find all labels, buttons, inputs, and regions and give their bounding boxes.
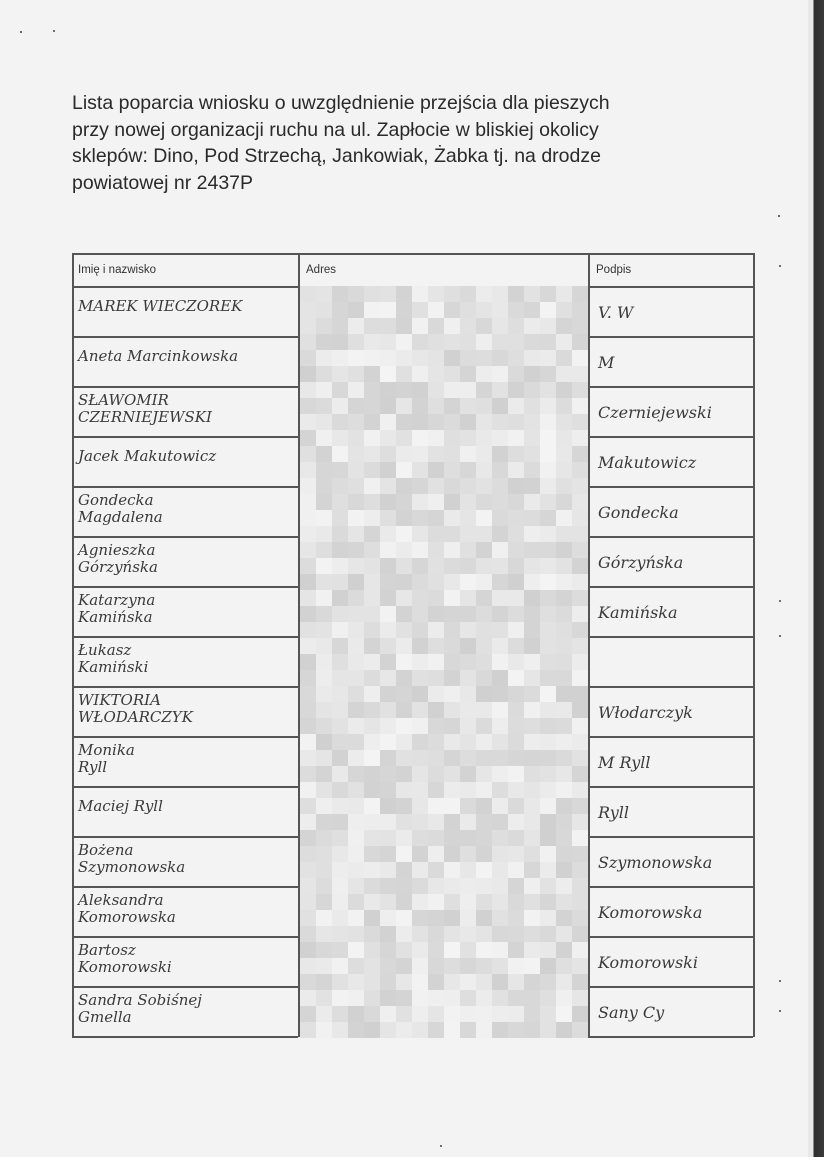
redaction-block [412,542,428,558]
redaction-block [380,526,396,542]
redaction-block [428,766,444,782]
header-name: Imię i nazwisko [78,264,156,276]
redaction-block [428,990,444,1006]
redaction-block [428,942,444,958]
redaction-block [396,606,412,622]
redaction-block [492,1022,508,1038]
scanned-page: Lista poparcia wniosku o uwzględnienie p… [0,0,808,1157]
redaction-block [524,750,540,766]
redaction-block [540,702,556,718]
redaction-block [380,974,396,990]
redaction-block [396,942,412,958]
redaction-block [364,302,380,318]
redaction-block [492,430,508,446]
redaction-block [428,494,444,510]
redaction-block [300,718,316,734]
redaction-block [332,670,348,686]
redaction-block [332,606,348,622]
redaction-block [396,718,412,734]
redaction-block [556,574,572,590]
redaction-block [524,926,540,942]
redaction-block [348,462,364,478]
redaction-block [364,446,380,462]
redaction-block [508,558,524,574]
redaction-block [332,910,348,926]
redaction-block [572,446,588,462]
redaction-block [348,830,364,846]
redaction-block [380,302,396,318]
redaction-block [364,1006,380,1022]
redaction-block [428,798,444,814]
redaction-block [380,846,396,862]
redaction-block [412,366,428,382]
redaction-block [460,910,476,926]
redaction-block [364,494,380,510]
redaction-block [460,926,476,942]
redaction-block [476,478,492,494]
redaction-block [444,990,460,1006]
redaction-block [428,670,444,686]
redaction-block [428,302,444,318]
redaction-block [348,590,364,606]
redaction-block [508,286,524,302]
redaction-block [316,654,332,670]
redaction-block [524,846,540,862]
redaction-block [316,462,332,478]
redaction-block [396,766,412,782]
redaction-block [492,894,508,910]
redaction-block [428,590,444,606]
redaction-block [364,462,380,478]
redaction-block [540,750,556,766]
redaction-block [316,558,332,574]
redaction-block [572,990,588,1006]
redaction-block [444,430,460,446]
redaction-block [540,574,556,590]
redaction-block [492,734,508,750]
row-divider [588,786,753,788]
redaction-block [332,542,348,558]
redaction-block [348,542,364,558]
redaction-block [396,670,412,686]
redaction-block [460,846,476,862]
redaction-block [380,654,396,670]
redaction-block [508,382,524,398]
redaction-block [444,286,460,302]
redaction-block [460,878,476,894]
redaction-block [396,382,412,398]
redaction-block [556,638,572,654]
redaction-block [300,430,316,446]
row-name: Łukasz Kamiński [78,642,294,676]
redaction-block [476,894,492,910]
redaction-block [444,382,460,398]
redaction-block [300,606,316,622]
redaction-block [316,750,332,766]
redaction-block [540,766,556,782]
redaction-block [540,542,556,558]
redaction-block [524,366,540,382]
redaction-block [540,910,556,926]
redaction-block [444,398,460,414]
redacted-address-column [300,286,588,1051]
redaction-block [460,1022,476,1038]
redaction-block [396,734,412,750]
redaction-block [380,542,396,558]
redaction-block [428,686,444,702]
redaction-block [476,366,492,382]
redaction-block [476,414,492,430]
redaction-block [364,878,380,894]
redaction-block [476,574,492,590]
redaction-block [540,958,556,974]
row-name: Katarzyna Kamińska [78,592,294,626]
redaction-block [300,350,316,366]
redaction-block [412,942,428,958]
redaction-block [572,494,588,510]
row-name: Agnieszka Górzyńska [78,542,294,576]
redaction-block [332,1006,348,1022]
redaction-block [460,654,476,670]
redaction-block [508,622,524,638]
redaction-block [412,654,428,670]
redaction-block [492,1006,508,1022]
redaction-block [524,910,540,926]
redaction-block [540,286,556,302]
redaction-block [492,750,508,766]
row-signature: Czerniejewski [598,404,749,422]
redaction-block [540,670,556,686]
redaction-block [348,302,364,318]
redaction-block [572,798,588,814]
redaction-block [300,638,316,654]
redaction-block [476,942,492,958]
document-title: Lista poparcia wniosku o uwzględnienie p… [72,90,762,196]
redaction-block [524,382,540,398]
redaction-block [332,718,348,734]
redaction-block [380,558,396,574]
redaction-block [332,926,348,942]
redaction-block [572,814,588,830]
scanner-edge [808,0,824,1157]
redaction-block [556,878,572,894]
redaction-block [300,414,316,430]
redaction-block [332,734,348,750]
redaction-block [316,846,332,862]
redaction-block [508,670,524,686]
redaction-block [476,846,492,862]
redaction-block [348,510,364,526]
redaction-block [364,654,380,670]
redaction-block [556,702,572,718]
redaction-block [364,670,380,686]
redaction-block [364,974,380,990]
redaction-block [556,926,572,942]
redaction-block [444,686,460,702]
redaction-block [428,510,444,526]
row-divider [72,636,298,638]
redaction-block [348,1022,364,1038]
redaction-block [540,510,556,526]
redaction-block [476,862,492,878]
redaction-block [348,942,364,958]
redaction-block [572,958,588,974]
redaction-block [476,702,492,718]
redaction-block [444,558,460,574]
redaction-block [540,734,556,750]
redaction-block [348,574,364,590]
row-divider [72,436,298,438]
redaction-block [444,894,460,910]
redaction-block [316,990,332,1006]
redaction-block [524,686,540,702]
redaction-block [316,766,332,782]
row-signature: Sany Cy [598,1004,749,1022]
row-signature: M Ryll [598,754,749,772]
redaction-block [444,318,460,334]
redaction-block [492,846,508,862]
redaction-block [412,974,428,990]
redaction-block [444,926,460,942]
redaction-block [444,590,460,606]
redaction-block [364,606,380,622]
redaction-block [316,542,332,558]
redaction-block [332,446,348,462]
redaction-block [300,302,316,318]
redaction-block [396,366,412,382]
redaction-block [364,750,380,766]
row-signature: Makutowicz [598,454,749,472]
redaction-block [492,478,508,494]
redaction-block [316,318,332,334]
redaction-block [508,430,524,446]
redaction-block [476,334,492,350]
redaction-block [524,574,540,590]
redaction-block [524,414,540,430]
redaction-block [380,638,396,654]
redaction-block [572,654,588,670]
redaction-block [508,414,524,430]
redaction-block [380,926,396,942]
redaction-block [380,494,396,510]
redaction-block [412,526,428,542]
redaction-block [396,638,412,654]
redaction-block [380,414,396,430]
redaction-block [412,958,428,974]
redaction-block [540,974,556,990]
redaction-block [412,894,428,910]
redaction-block [460,702,476,718]
redaction-block [460,302,476,318]
redaction-block [300,846,316,862]
redaction-block [412,830,428,846]
redaction-block [396,622,412,638]
redaction-block [460,414,476,430]
redaction-block [332,382,348,398]
redaction-block [572,334,588,350]
redaction-block [332,286,348,302]
redaction-block [348,686,364,702]
row-divider [588,536,753,538]
redaction-block [476,350,492,366]
redaction-block [332,958,348,974]
redaction-block [380,510,396,526]
redaction-block [396,558,412,574]
redaction-block [524,286,540,302]
redaction-block [428,1022,444,1038]
redaction-block [364,1022,380,1038]
redaction-block [524,526,540,542]
redaction-block [380,286,396,302]
redaction-block [524,398,540,414]
redaction-block [460,942,476,958]
redaction-block [428,574,444,590]
redaction-block [332,334,348,350]
redaction-block [556,862,572,878]
redaction-block [364,382,380,398]
redaction-block [348,990,364,1006]
column-divider [588,253,590,1037]
redaction-block [412,718,428,734]
redaction-block [572,398,588,414]
redaction-block [316,478,332,494]
redaction-block [316,926,332,942]
redaction-block [492,398,508,414]
redaction-block [556,398,572,414]
redaction-block [540,478,556,494]
redaction-block [364,926,380,942]
redaction-block [556,734,572,750]
redaction-block [380,702,396,718]
redaction-block [460,814,476,830]
redaction-block [380,782,396,798]
redaction-block [332,510,348,526]
redaction-block [300,974,316,990]
redaction-block [508,590,524,606]
redaction-block [412,638,428,654]
scan-speck [779,980,781,982]
redaction-block [396,830,412,846]
redaction-block [508,686,524,702]
row-signature: Szymonowska [598,854,749,872]
redaction-block [460,606,476,622]
row-signature: Kamińska [598,604,749,622]
redaction-block [332,702,348,718]
redaction-block [444,766,460,782]
redaction-block [316,830,332,846]
redaction-block [508,862,524,878]
redaction-block [412,926,428,942]
redaction-block [476,1006,492,1022]
redaction-block [492,382,508,398]
redaction-block [396,878,412,894]
redaction-block [300,494,316,510]
redaction-block [380,910,396,926]
row-divider [588,936,753,938]
redaction-block [572,686,588,702]
redaction-block [556,958,572,974]
redaction-block [572,590,588,606]
redaction-block [412,1006,428,1022]
redaction-block [572,830,588,846]
redaction-block [428,638,444,654]
redaction-block [428,1006,444,1022]
redaction-block [332,782,348,798]
redaction-block [380,430,396,446]
redaction-block [444,414,460,430]
redaction-block [556,782,572,798]
redaction-block [524,590,540,606]
redaction-block [444,462,460,478]
redaction-block [364,334,380,350]
redaction-block [428,862,444,878]
redaction-block [476,926,492,942]
redaction-block [428,846,444,862]
redaction-block [300,1022,316,1038]
redaction-block [428,622,444,638]
redaction-block [444,798,460,814]
row-divider [72,936,298,938]
redaction-block [348,654,364,670]
redaction-block [508,958,524,974]
row-signature: Komorowski [598,954,749,972]
redaction-block [332,430,348,446]
redaction-block [572,366,588,382]
redaction-block [396,334,412,350]
row-divider [72,486,298,488]
redaction-block [364,702,380,718]
redaction-block [332,798,348,814]
redaction-block [300,686,316,702]
redaction-block [556,526,572,542]
redaction-block [348,894,364,910]
redaction-block [412,558,428,574]
redaction-block [508,366,524,382]
redaction-block [524,894,540,910]
redaction-block [412,510,428,526]
redaction-block [348,750,364,766]
redaction-block [396,590,412,606]
redaction-block [380,798,396,814]
redaction-block [524,430,540,446]
redaction-block [364,734,380,750]
redaction-block [572,430,588,446]
redaction-block [348,958,364,974]
redaction-block [396,814,412,830]
redaction-block [300,798,316,814]
redaction-block [556,446,572,462]
redaction-block [508,350,524,366]
redaction-block [300,878,316,894]
redaction-block [508,766,524,782]
redaction-block [300,398,316,414]
redaction-block [412,318,428,334]
redaction-block [396,846,412,862]
redaction-block [364,542,380,558]
redaction-block [476,462,492,478]
redaction-block [348,702,364,718]
redaction-block [476,494,492,510]
redaction-block [332,590,348,606]
redaction-block [332,574,348,590]
redaction-block [508,798,524,814]
redaction-block [556,606,572,622]
redaction-block [444,510,460,526]
redaction-block [572,926,588,942]
redaction-block [428,654,444,670]
redaction-block [492,798,508,814]
redaction-block [332,526,348,542]
